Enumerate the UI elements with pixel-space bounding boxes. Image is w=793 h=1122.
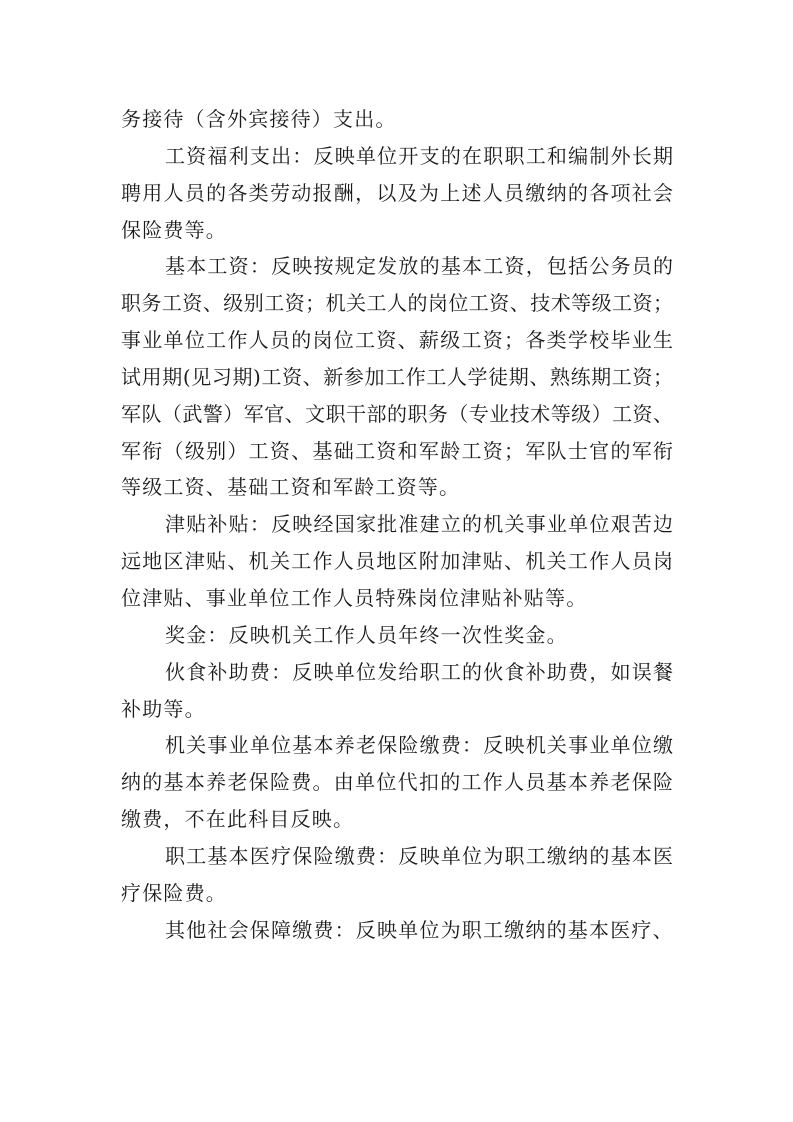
paragraph-start-line: 工资福利支出：反映单位开支的在职职工和编制外长期: [121, 138, 673, 175]
paragraph-start-line: 伙食补助费：反映单位发给职工的伙食补助费，如误餐: [121, 654, 673, 691]
text-line: 职务工资、级别工资；机关工人的岗位工资、技术等级工资；: [121, 285, 673, 322]
text-line: 纳的基本养老保险费。由单位代扣的工作人员基本养老保险: [121, 764, 673, 801]
paragraph-start-line: 其他社会保障缴费：反映单位为职工缴纳的基本医疗、: [121, 912, 673, 949]
text-line: 试用期(见习期)工资、新参加工作工人学徒期、熟练期工资；: [121, 359, 673, 396]
text-line: 保险费等。: [121, 212, 673, 249]
document-body: 务接待（含外宾接待）支出。 工资福利支出：反映单位开支的在职职工和编制外长期 聘…: [121, 101, 673, 948]
paragraph-start-line: 奖金：反映机关工作人员年终一次性奖金。: [121, 617, 673, 654]
paragraph-start-line: 基本工资：反映按规定发放的基本工资，包括公务员的: [121, 248, 673, 285]
text-line: 位津贴、事业单位工作人员特殊岗位津贴补贴等。: [121, 580, 673, 617]
text-line: 远地区津贴、机关工作人员地区附加津贴、机关工作人员岗: [121, 543, 673, 580]
paragraph-start-line: 机关事业单位基本养老保险缴费：反映机关事业单位缴: [121, 727, 673, 764]
text-line: 缴费，不在此科目反映。: [121, 801, 673, 838]
text-line: 军衔（级别）工资、基础工资和军龄工资；军队士官的军衔: [121, 433, 673, 470]
text-line: 聘用人员的各类劳动报酬，以及为上述人员缴纳的各项社会: [121, 175, 673, 212]
text-line: 补助等。: [121, 691, 673, 728]
text-line: 等级工资、基础工资和军龄工资等。: [121, 469, 673, 506]
text-line: 疗保险费。: [121, 875, 673, 912]
text-line: 务接待（含外宾接待）支出。: [121, 101, 673, 138]
paragraph-start-line: 津贴补贴：反映经国家批准建立的机关事业单位艰苦边: [121, 506, 673, 543]
paragraph-start-line: 职工基本医疗保险缴费：反映单位为职工缴纳的基本医: [121, 838, 673, 875]
document-page: 务接待（含外宾接待）支出。 工资福利支出：反映单位开支的在职职工和编制外长期 聘…: [0, 0, 793, 1122]
text-line: 军队（武警）军官、文职干部的职务（专业技术等级）工资、: [121, 396, 673, 433]
text-line: 事业单位工作人员的岗位工资、薪级工资；各类学校毕业生: [121, 322, 673, 359]
